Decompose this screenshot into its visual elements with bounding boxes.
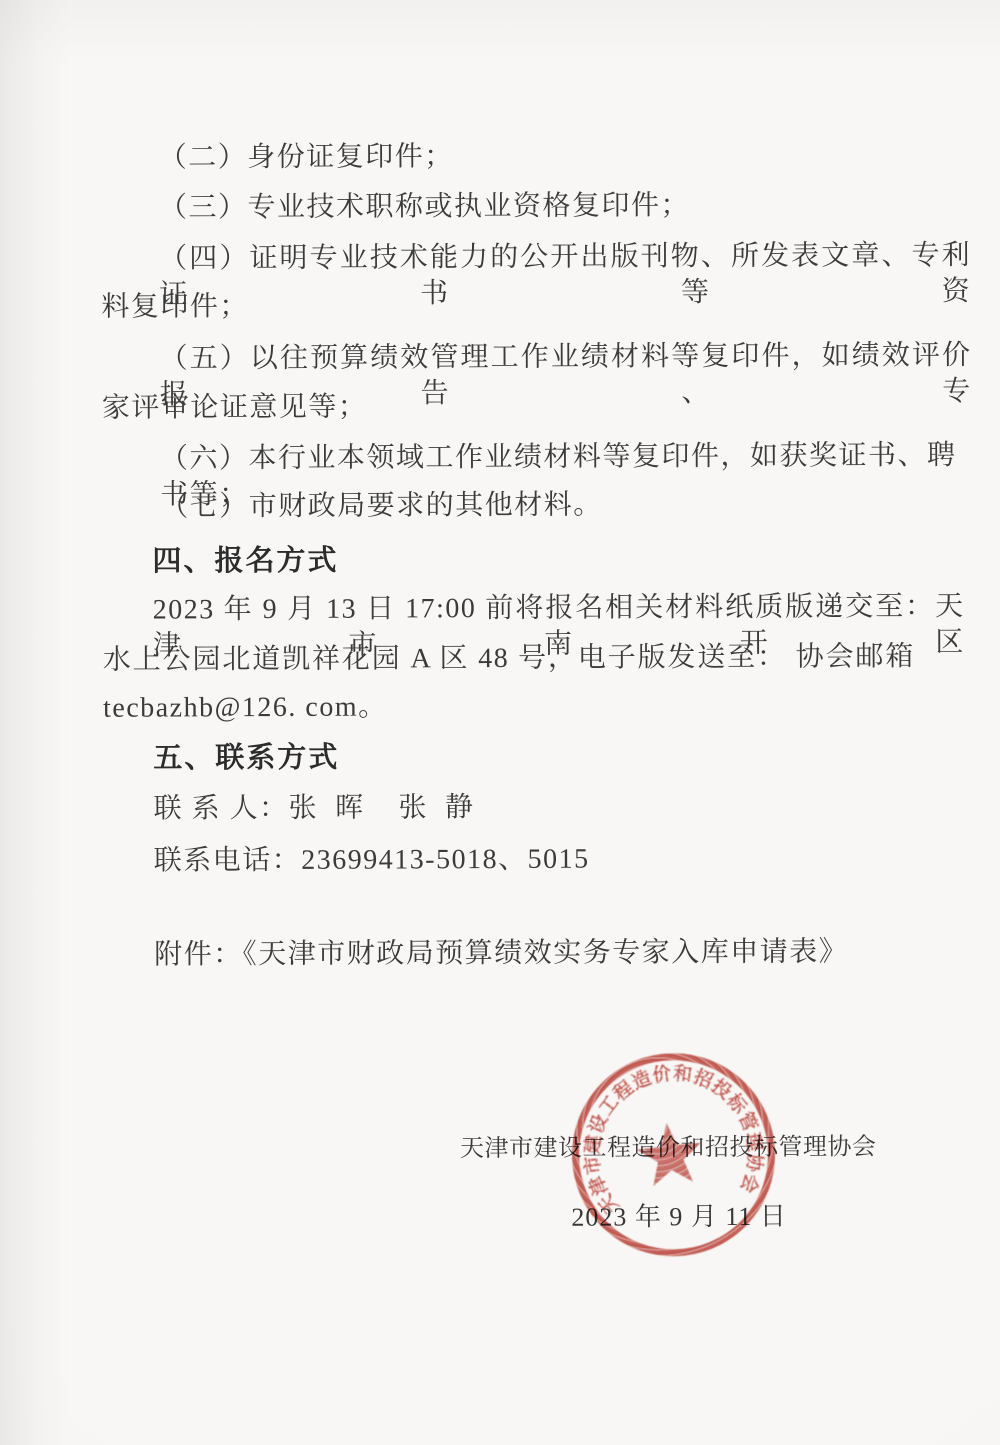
document-page: （二）身份证复印件； （三）专业技术职称或执业资格复印件； （四）证明专业技术能… — [0, 0, 1000, 1445]
seal-graphic: 天津市建设工程造价和招投标管理协会 — [557, 1038, 790, 1271]
list-item-3: （三）专业技术职称或执业资格复印件； — [101, 187, 971, 227]
official-seal: 天津市建设工程造价和招投标管理协会 — [557, 1038, 790, 1271]
section-heading-5: 五、联系方式 — [103, 737, 965, 777]
list-item-7: （七）市财政局要求的其他材料。 — [102, 486, 972, 526]
list-item-5-line-2: 家评审论证意见等； — [102, 387, 914, 427]
paragraph-4-line-2: 水上公园北道凯祥花园 A 区 48 号，电子版发送至： 协会邮箱 — [103, 639, 915, 679]
contact-phone-line: 联系电话：23699413-5018、5015 — [104, 840, 966, 880]
paragraph-4-email: tecbazhb@126. com。 — [103, 687, 915, 727]
seal-star-icon — [634, 1119, 705, 1187]
contact-person-line: 联 系 人：张 晖 张 静 — [103, 788, 965, 828]
document-content: （二）身份证复印件； （三）专业技术职称或执业资格复印件； （四）证明专业技术能… — [0, 0, 1000, 1445]
section-heading-4: 四、报名方式 — [102, 540, 964, 580]
list-item-4-line-2: 料复印件； — [101, 286, 913, 326]
attachment-line: 附件：《天津市财政局预算绩效实务专家入库申请表》 — [104, 934, 966, 974]
list-item-2: （二）身份证复印件； — [101, 137, 971, 177]
